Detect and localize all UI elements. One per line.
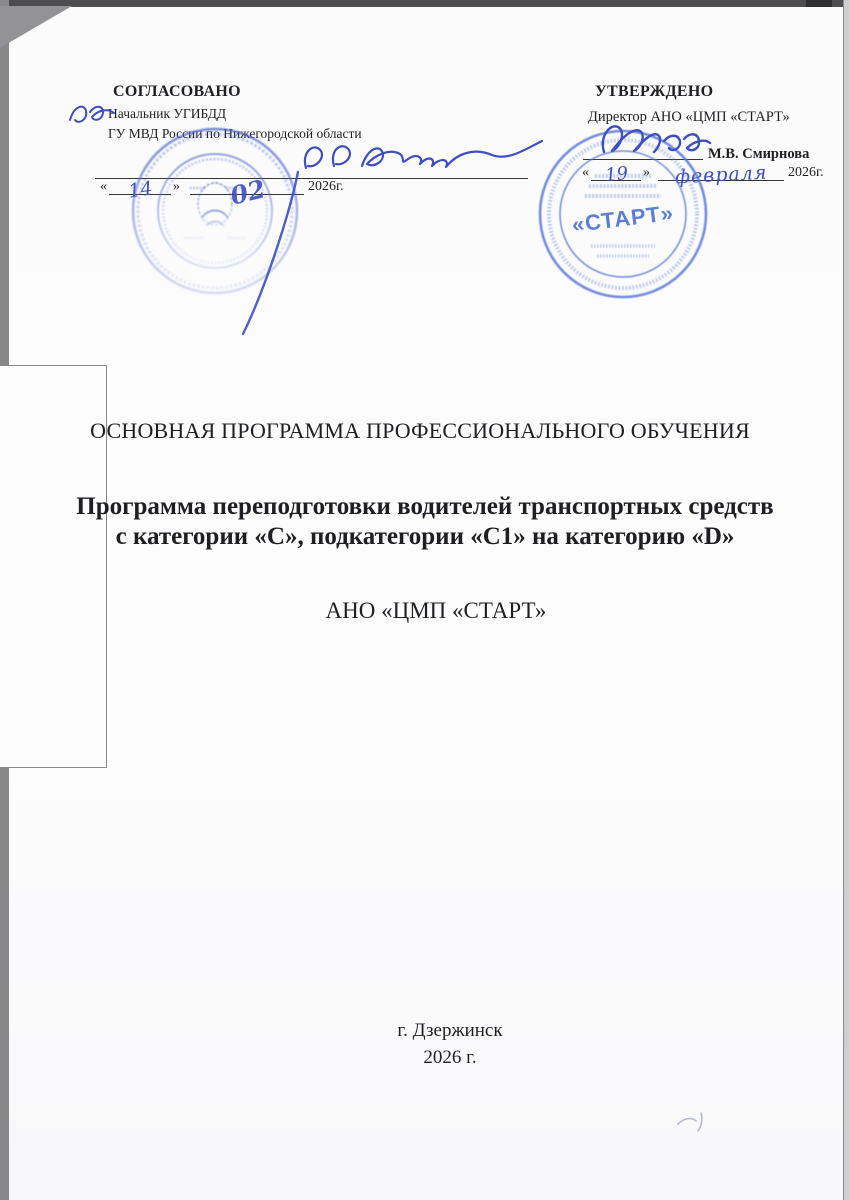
program-name-line1: Программа переподготовки водителей транс… xyxy=(30,492,820,522)
footer-city: г. Дзержинск xyxy=(50,1018,849,1045)
open-quote: « xyxy=(98,179,109,195)
program-name-title: Программа переподготовки водителей транс… xyxy=(30,492,820,551)
approved-signer-name: М.В. Смирнова xyxy=(708,146,809,163)
footer-year: 2026 г. xyxy=(50,1045,849,1072)
program-type-title: ОСНОВНАЯ ПРОГРАММА ПРОФЕССИОНАЛЬНОГО ОБУ… xyxy=(40,418,800,444)
round-seal-left-icon xyxy=(118,118,313,313)
agreed-heading: СОГЛАСОВАНО xyxy=(113,83,241,101)
round-seal-right-icon: «СТАРТ» xyxy=(533,124,713,304)
approved-heading: УТВЕРЖДЕНО xyxy=(595,83,713,101)
organization-name: АНО «ЦМП «СТАРТ» xyxy=(56,598,816,624)
scan-edge-top xyxy=(0,0,849,7)
approved-year: 2026г. xyxy=(784,165,824,181)
footer: г. Дзержинск 2026 г. xyxy=(50,1018,849,1071)
stamp-center-label: «СТАРТ» xyxy=(570,200,675,237)
scan-corner-mark xyxy=(806,0,832,7)
program-name-line2: с категории «С», подкатегории «С1» на ка… xyxy=(30,522,820,552)
